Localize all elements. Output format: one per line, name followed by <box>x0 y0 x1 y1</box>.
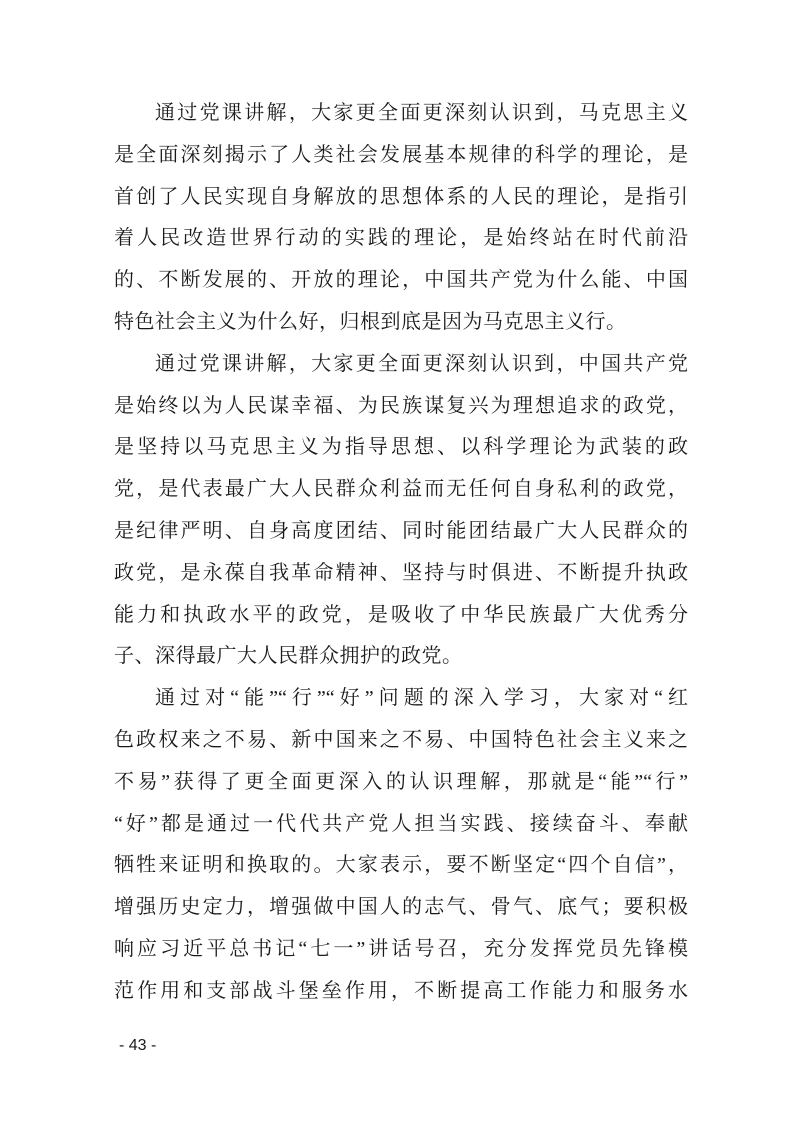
paragraph: 通过对“能”“行”“好”问题的深入学习，大家对“红 色政权来之不易、新中国来之不… <box>114 678 688 1012</box>
text-line: “好”都是通过一代代共产党人担当实践、接续奋斗、奉献 <box>114 804 688 846</box>
text-line: 特色社会主义为什么好，归根到底是因为马克思主义行。 <box>114 302 688 344</box>
text-line: 首创了人民实现自身解放的思想体系的人民的理论，是指引 <box>114 177 688 219</box>
text-line: 是纪律严明、自身高度团结、同时能团结最广大人民群众的 <box>114 511 688 553</box>
text-line: 增强历史定力，增强做中国人的志气、骨气、底气；要积极 <box>114 887 688 929</box>
text-line: 范作用和支部战斗堡垒作用，不断提高工作能力和服务水 <box>114 971 688 1013</box>
text-line: 通过对“能”“行”“好”问题的深入学习，大家对“红 <box>114 678 688 720</box>
document-body: 通过党课讲解，大家更全面更深刻认识到，马克思主义 是全面深刻揭示了人类社会发展基… <box>114 93 688 1013</box>
text-line: 通过党课讲解，大家更全面更深刻认识到，马克思主义 <box>114 93 688 135</box>
text-line: 是坚持以马克思主义为指导思想、以科学理论为武装的政 <box>114 427 688 469</box>
text-line: 通过党课讲解，大家更全面更深刻认识到，中国共产党 <box>114 344 688 386</box>
text-line: 能力和执政水平的政党，是吸收了中华民族最广大优秀分 <box>114 595 688 637</box>
text-line: 的、不断发展的、开放的理论，中国共产党为什么能、中国 <box>114 260 688 302</box>
text-line: 牺牲来证明和换取的。大家表示，要不断坚定“四个自信”， <box>114 845 688 887</box>
text-line: 着人民改造世界行动的实践的理论，是始终站在时代前沿 <box>114 218 688 260</box>
text-line: 不易”获得了更全面更深入的认识理解，那就是“能”“行” <box>114 762 688 804</box>
text-line: 响应习近平总书记“七一”讲话号召，充分发挥党员先锋模 <box>114 929 688 971</box>
text-line: 是全面深刻揭示了人类社会发展基本规律的科学的理论，是 <box>114 135 688 177</box>
document-page: 通过党课讲解，大家更全面更深刻认识到，马克思主义 是全面深刻揭示了人类社会发展基… <box>0 0 800 1131</box>
paragraph: 通过党课讲解，大家更全面更深刻认识到，马克思主义 是全面深刻揭示了人类社会发展基… <box>114 93 688 344</box>
text-line: 子、深得最广大人民群众拥护的政党。 <box>114 636 688 678</box>
text-line: 色政权来之不易、新中国来之不易、中国特色社会主义来之 <box>114 720 688 762</box>
text-line: 政党，是永葆自我革命精神、坚持与时俱进、不断提升执政 <box>114 553 688 595</box>
page-number: - 43 - <box>119 1037 156 1055</box>
text-line: 党，是代表最广大人民群众利益而无任何自身私利的政党， <box>114 469 688 511</box>
paragraph: 通过党课讲解，大家更全面更深刻认识到，中国共产党 是始终以为人民谋幸福、为民族谋… <box>114 344 688 678</box>
text-line: 是始终以为人民谋幸福、为民族谋复兴为理想追求的政党， <box>114 386 688 428</box>
